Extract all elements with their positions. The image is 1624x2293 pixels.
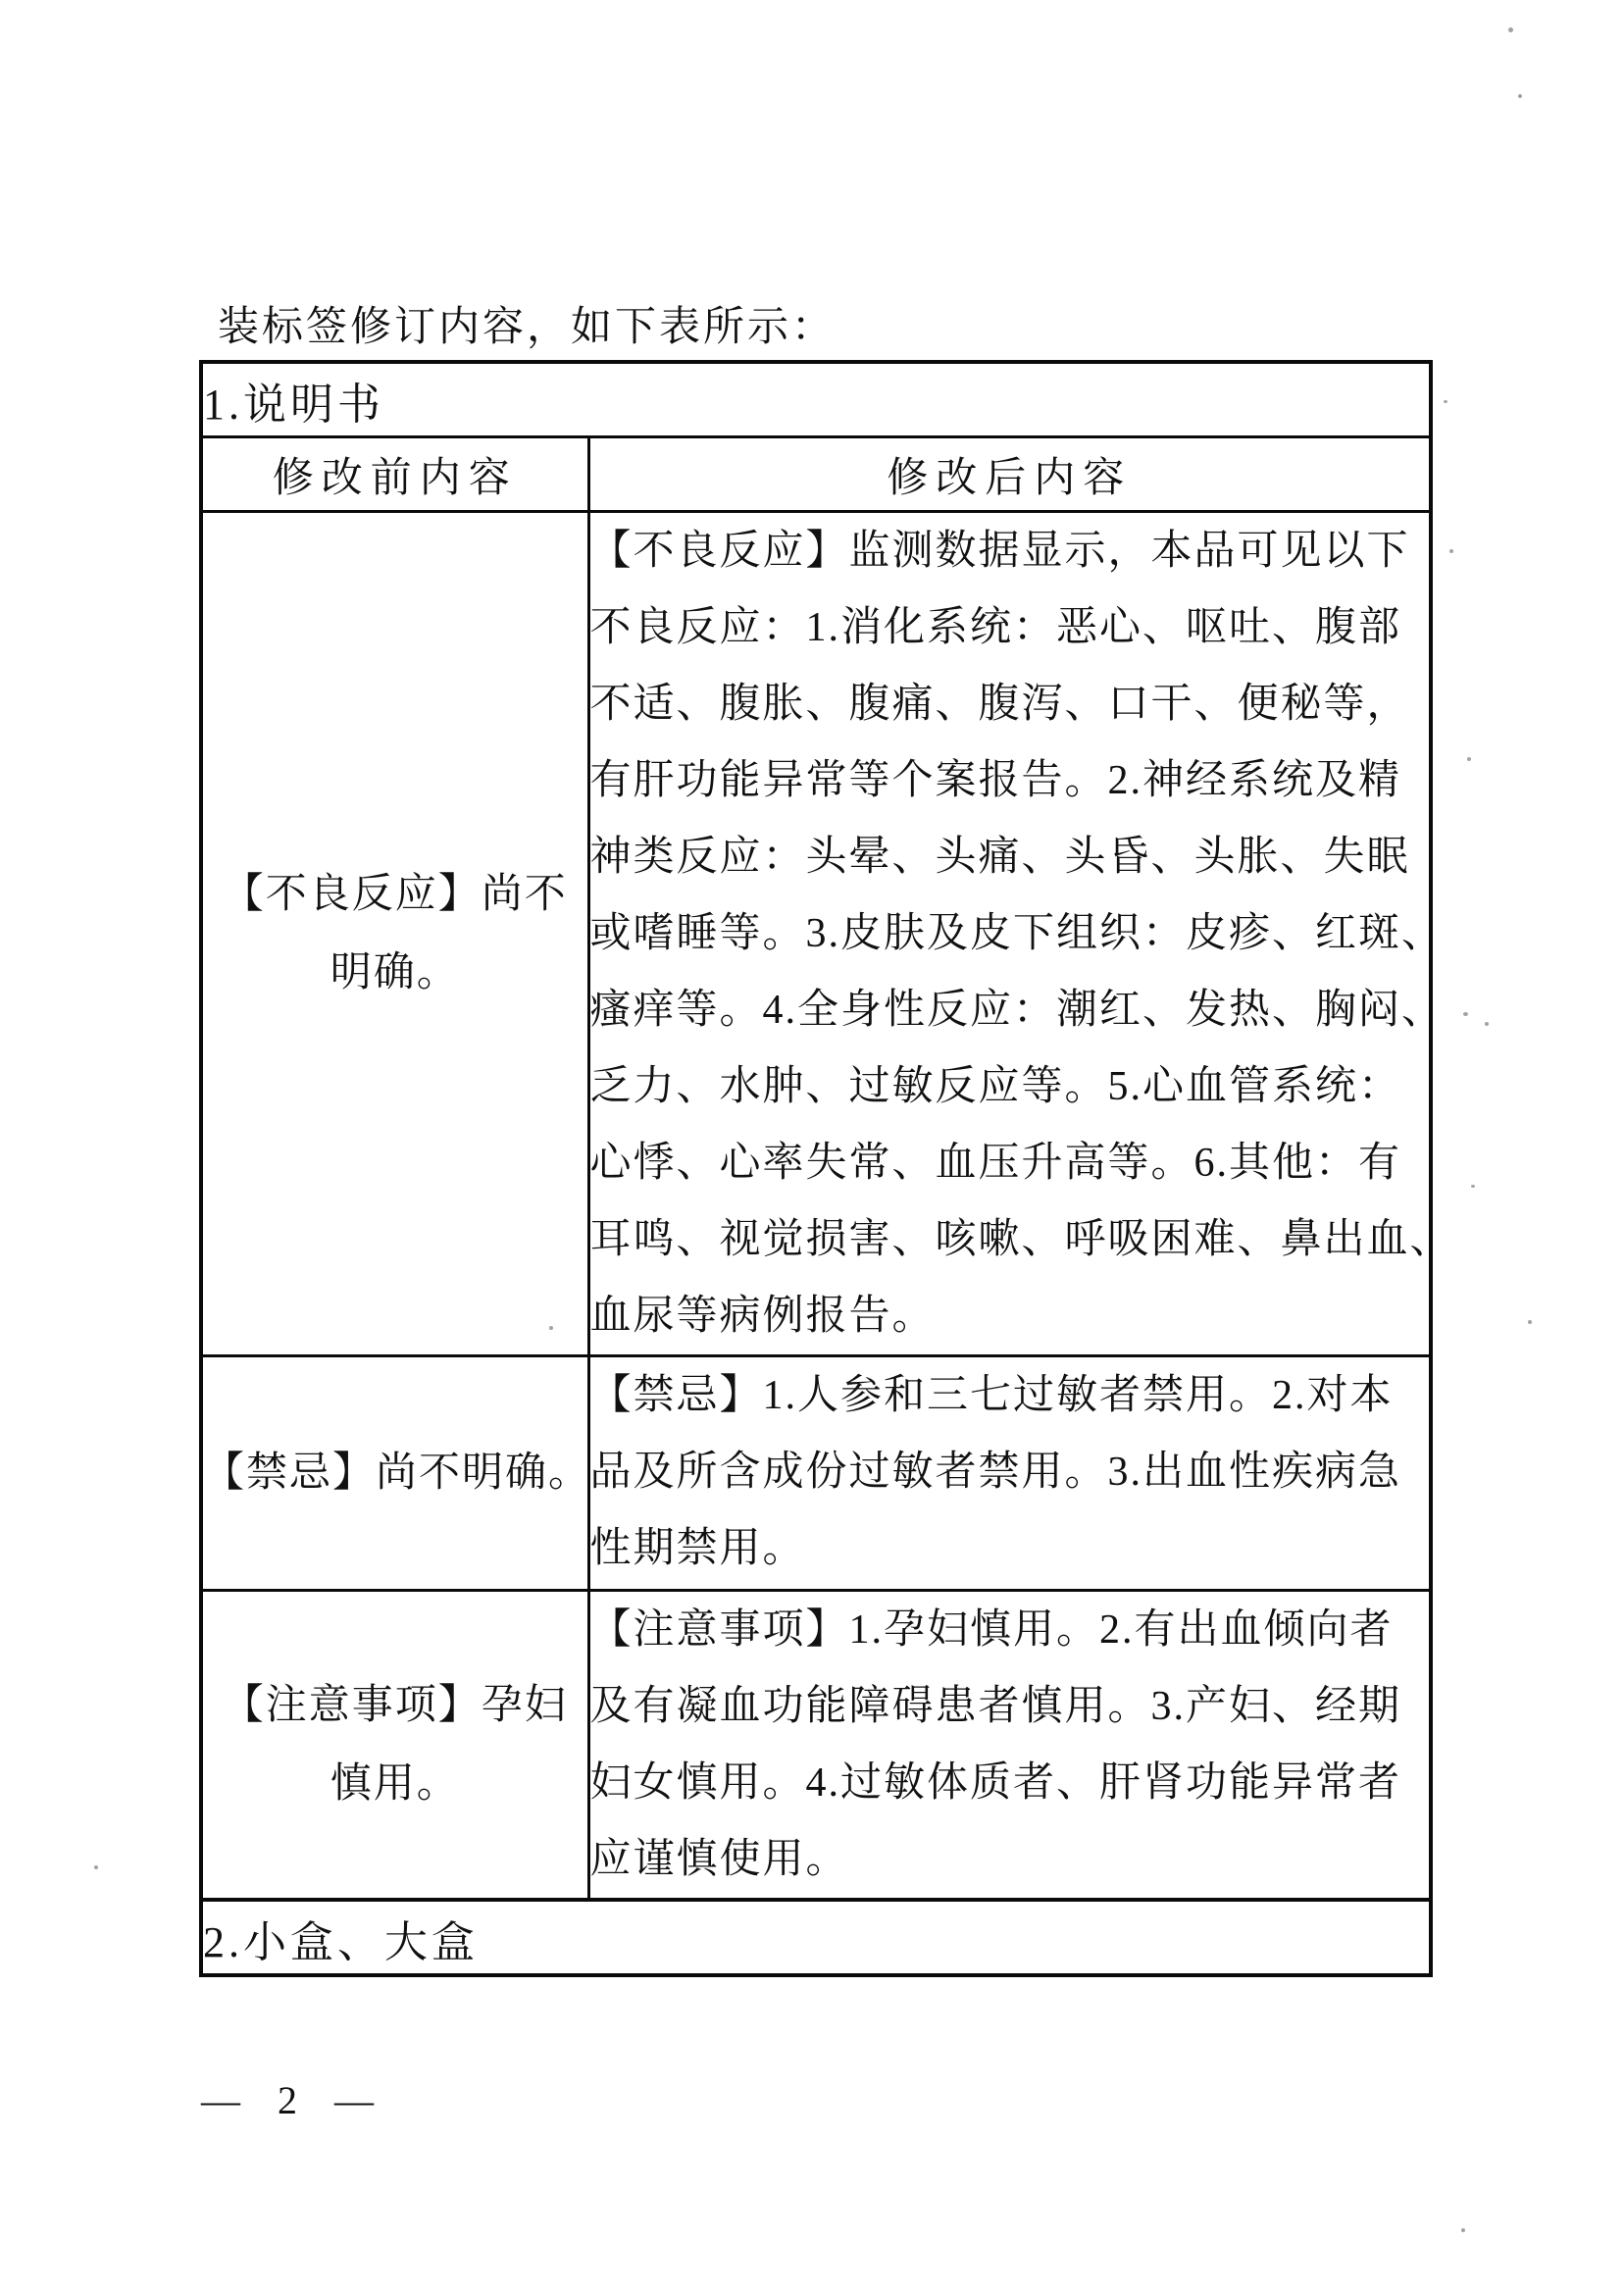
after-cell-precautions: 【注意事项】1.孕妇慎用。2.有出血倾向者及有凝血功能障碍患者慎用。3.产妇、经… bbox=[588, 1591, 1431, 1901]
after-cell-adverse-reactions: 【不良反应】监测数据显示，本品可见以下不良反应：1.消化系统：恶心、呕吐、腹部不… bbox=[588, 512, 1431, 1356]
text-line: 耳鸣、视觉损害、咳嗽、呼吸困难、鼻出血、 bbox=[590, 1201, 1430, 1278]
text-line: 【不良反应】监测数据显示，本品可见以下 bbox=[590, 513, 1430, 589]
text-line: 血尿等病例报告。 bbox=[590, 1278, 1430, 1354]
text-line: 心悸、心率失常、血压升高等。6.其他：有 bbox=[590, 1125, 1430, 1201]
scan-speck bbox=[1508, 27, 1513, 32]
column-header-before: 修改前内容 bbox=[201, 437, 588, 512]
text-line: 【禁忌】尚不明确。 bbox=[203, 1434, 587, 1512]
before-cell-contraindications: 【禁忌】尚不明确。 bbox=[201, 1356, 588, 1591]
scan-speck bbox=[1461, 2228, 1465, 2232]
scan-speck bbox=[1449, 549, 1453, 553]
section-row-boxes: 2.小盒、大盒 bbox=[201, 1900, 1431, 1975]
before-cell-adverse-reactions: 【不良反应】尚不明确。 bbox=[201, 512, 588, 1356]
text-line: 明确。 bbox=[203, 934, 587, 1012]
text-line: 【禁忌】1.人参和三七过敏者禁用。2.对本 bbox=[590, 1357, 1430, 1434]
table-row-precautions: 【注意事项】孕妇慎用。 【注意事项】1.孕妇慎用。2.有出血倾向者及有凝血功能障… bbox=[201, 1591, 1431, 1901]
text-line: 有肝功能异常等个案报告。2.神经系统及精 bbox=[590, 742, 1430, 819]
page-number: — 2 — bbox=[201, 2077, 387, 2123]
document-page: 装标签修订内容，如下表所示： 1.说明书 修改前内容 修改后内容 【不良反应】尚… bbox=[0, 0, 1624, 2293]
scan-speck bbox=[1463, 1012, 1468, 1016]
text-line: 及有凝血功能障碍患者慎用。3.产妇、经期 bbox=[590, 1668, 1430, 1745]
text-line: 瘙痒等。4.全身性反应：潮红、发热、胸闷、 bbox=[590, 972, 1430, 1048]
scan-speck bbox=[1467, 757, 1471, 761]
section-title-boxes: 2.小盒、大盒 bbox=[201, 1900, 1431, 1975]
section-title-instructions: 1.说明书 bbox=[201, 362, 1431, 437]
column-header-after: 修改后内容 bbox=[588, 437, 1431, 512]
revision-table: 1.说明书 修改前内容 修改后内容 【不良反应】尚不明确。 【不良反应】监测数据… bbox=[199, 360, 1433, 1977]
text-line: 【不良反应】尚不 bbox=[203, 855, 587, 934]
text-line: 【注意事项】孕妇 bbox=[203, 1666, 587, 1745]
intro-text: 装标签修订内容，如下表所示： bbox=[218, 294, 836, 353]
text-line: 【注意事项】1.孕妇慎用。2.有出血倾向者 bbox=[590, 1592, 1430, 1668]
header-row: 修改前内容 修改后内容 bbox=[201, 437, 1431, 512]
text-line: 神类反应：头晕、头痛、头昏、头胀、失眠 bbox=[590, 819, 1430, 895]
scan-speck bbox=[1518, 94, 1522, 98]
text-line: 妇女慎用。4.过敏体质者、肝肾功能异常者 bbox=[590, 1745, 1430, 1821]
text-line: 或嗜睡等。3.皮肤及皮下组织：皮疹、红斑、 bbox=[590, 895, 1430, 972]
after-cell-contraindications: 【禁忌】1.人参和三七过敏者禁用。2.对本品及所含成份过敏者禁用。3.出血性疾病… bbox=[588, 1356, 1431, 1591]
scan-speck bbox=[1471, 1185, 1475, 1188]
before-cell-precautions: 【注意事项】孕妇慎用。 bbox=[201, 1591, 588, 1901]
scan-speck bbox=[94, 1865, 98, 1869]
table-row-contraindications: 【禁忌】尚不明确。 【禁忌】1.人参和三七过敏者禁用。2.对本品及所含成份过敏者… bbox=[201, 1356, 1431, 1591]
text-line: 乏力、水肿、过敏反应等。5.心血管系统： bbox=[590, 1048, 1430, 1125]
text-line: 慎用。 bbox=[203, 1745, 587, 1823]
text-line: 应谨慎使用。 bbox=[590, 1821, 1430, 1898]
text-line: 性期禁用。 bbox=[590, 1510, 1430, 1587]
scan-speck bbox=[549, 1326, 553, 1330]
text-line: 品及所含成份过敏者禁用。3.出血性疾病急 bbox=[590, 1434, 1430, 1510]
scan-speck bbox=[1485, 1022, 1489, 1026]
text-line: 不适、腹胀、腹痛、腹泻、口干、便秘等， bbox=[590, 666, 1430, 742]
table-row-adverse-reactions: 【不良反应】尚不明确。 【不良反应】监测数据显示，本品可见以下不良反应：1.消化… bbox=[201, 512, 1431, 1356]
text-line: 不良反应：1.消化系统：恶心、呕吐、腹部 bbox=[590, 589, 1430, 666]
scan-speck bbox=[1444, 400, 1447, 403]
section-row-instructions: 1.说明书 bbox=[201, 362, 1431, 437]
scan-speck bbox=[1528, 1320, 1532, 1324]
